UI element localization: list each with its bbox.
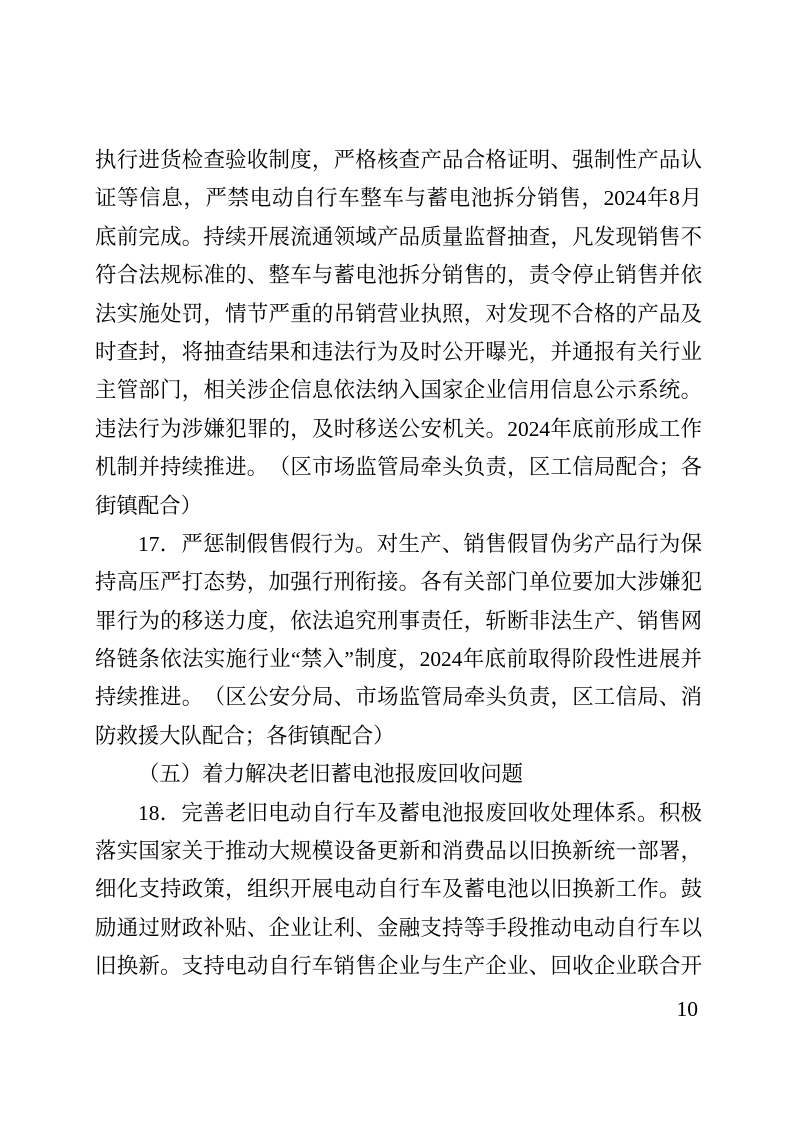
text-line: 法实施处罚，情节严重的吊销营业执照，对发现不合格的产品及 [95, 295, 702, 333]
text-line: 持续推进。 （区公安分局、市场监管局牵头负责，区工信局、消 [95, 678, 702, 716]
text-line: 落实国家关于推动大规模设备更新和消费品以旧换新统一部署， [95, 832, 702, 870]
text-line: 防救援大队配合；各街镇配合） [95, 717, 702, 755]
text-line: 主管部门，相关涉企信息依法纳入国家企业信用信息公示系统。 [95, 371, 702, 409]
text-line: 时查封，将抽查结果和违法行为及时公开曝光，并通报有关行业 [95, 333, 702, 371]
text-line: 持高压严打态势，加强行刑衔接。各有关部门单位要加大涉嫌犯 [95, 563, 702, 601]
text-line: 机制并持续推进。 （区市场监管局牵头负责，区工信局配合；各 [95, 448, 702, 486]
document-page: 执行进货检查验收制度，严格核查产品合格证明、强制性产品认证等信息，严禁电动自行车… [0, 0, 793, 1122]
text-line: 17．严惩制假售假行为。对生产、销售假冒伪劣产品行为保 [95, 525, 702, 563]
text-line: 励通过财政补贴、企业让利、金融支持等手段推动电动自行车以 [95, 909, 702, 947]
text-line: （五）着力解决老旧蓄电池报废回收问题 [95, 755, 702, 793]
page-number: 10 [677, 997, 699, 1021]
document-text-block: 执行进货检查验收制度，严格核查产品合格证明、强制性产品认证等信息，严禁电动自行车… [95, 141, 702, 986]
text-line: 执行进货检查验收制度，严格核查产品合格证明、强制性产品认 [95, 141, 702, 179]
text-line: 符合法规标准的、整车与蓄电池拆分销售的，责令停止销售并依 [95, 256, 702, 294]
text-line: 络链条依法实施行业“禁入”制度，2024年底前取得阶段性进展并 [95, 640, 702, 678]
text-line: 细化支持政策，组织开展电动自行车及蓄电池以旧换新工作。鼓 [95, 870, 702, 908]
text-line: 违法行为涉嫌犯罪的，及时移送公安机关。2024年底前形成工作 [95, 410, 702, 448]
text-line: 街镇配合） [95, 487, 702, 525]
text-line: 旧换新。支持电动自行车销售企业与生产企业、回收企业联合开 [95, 947, 702, 985]
text-line: 底前完成。持续开展流通领域产品质量监督抽查，凡发现销售不 [95, 218, 702, 256]
text-line: 18．完善老旧电动自行车及蓄电池报废回收处理体系。积极 [95, 794, 702, 832]
text-line: 罪行为的移送力度，依法追究刑事责任，斩断非法生产、销售网 [95, 602, 702, 640]
text-line: 证等信息，严禁电动自行车整车与蓄电池拆分销售，2024年8月 [95, 179, 702, 217]
